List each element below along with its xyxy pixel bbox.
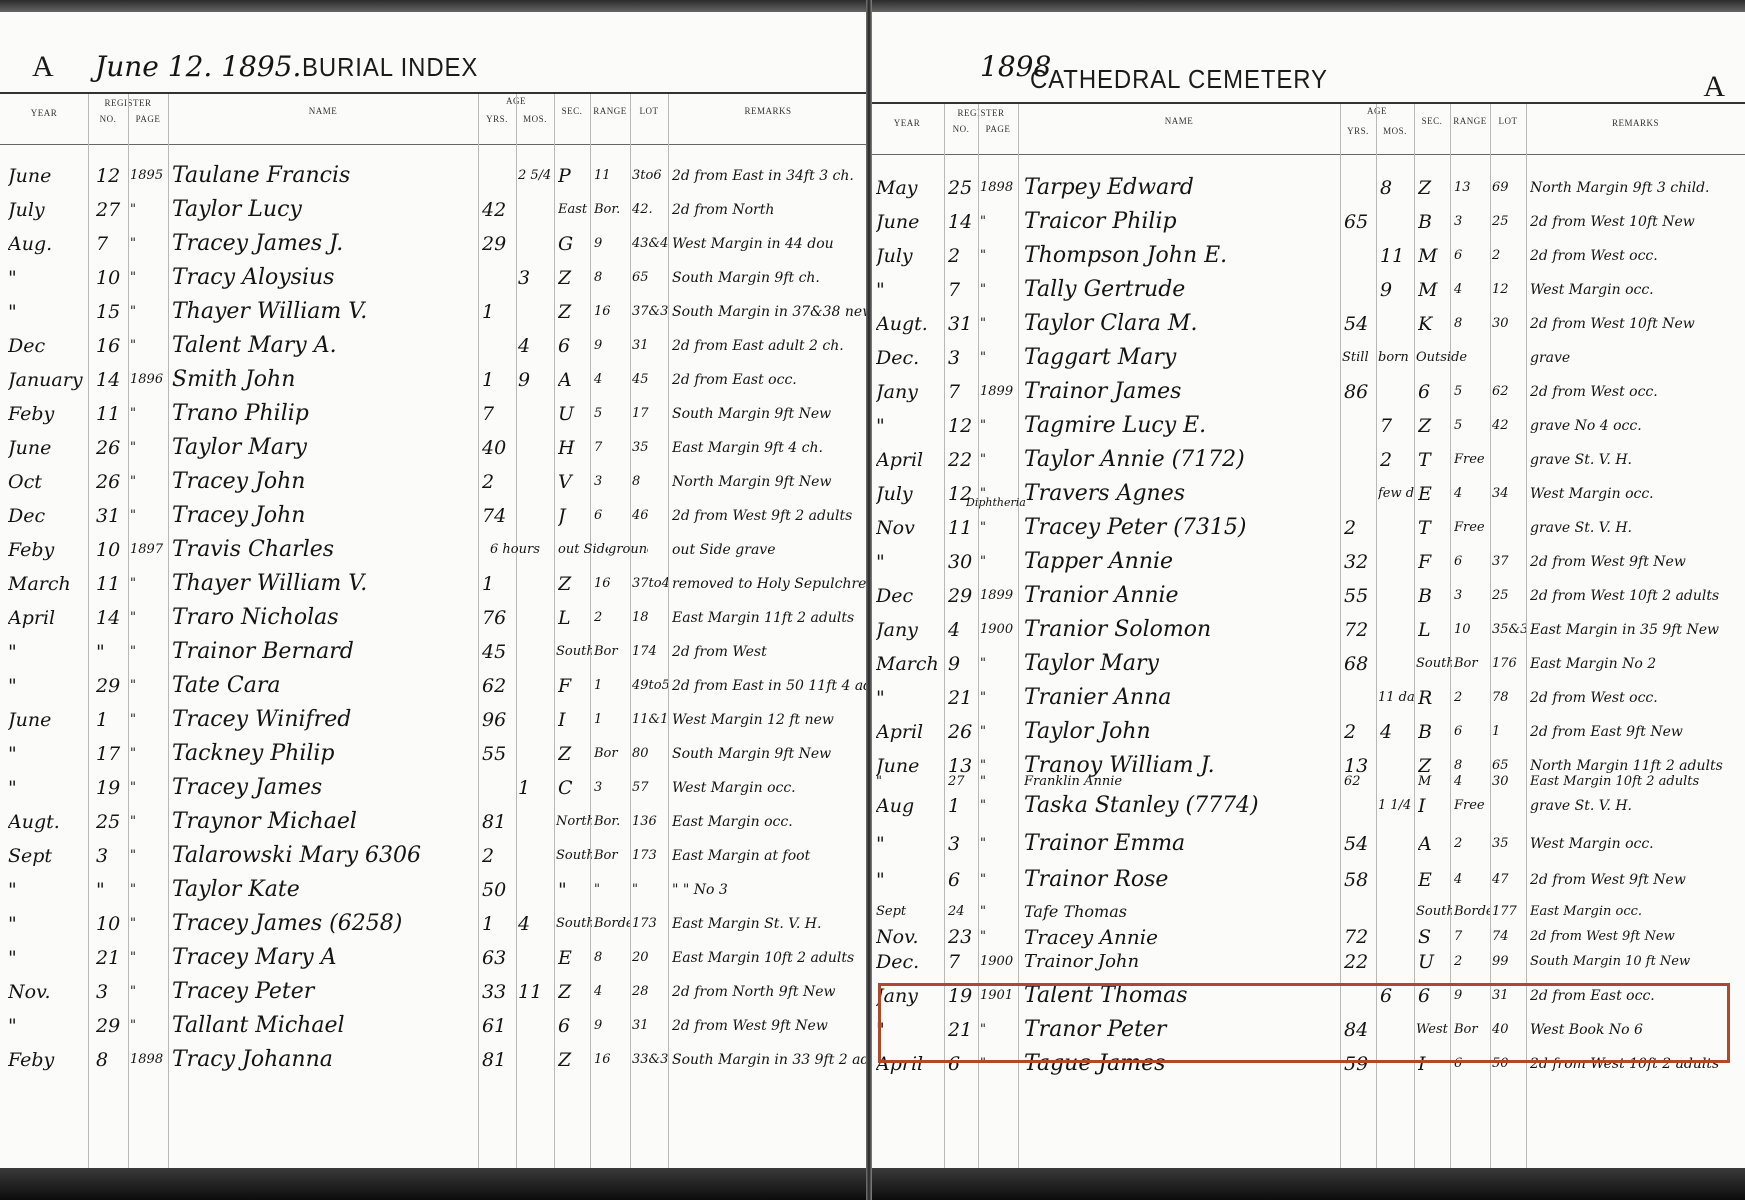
cell-month: Dec (876, 580, 944, 612)
table-row-highlighted: Dec. 7 1900 Trainor John 22 U 2 99 South… (870, 950, 1745, 974)
cell-name: Tackney Philip (172, 738, 478, 770)
cell-day: 3 (96, 840, 126, 872)
cell-day: 10 (96, 534, 126, 566)
cell-mos: 4 (518, 330, 554, 362)
cell-range: 6 (594, 500, 630, 532)
cell-sec: East (558, 194, 590, 226)
cell-sec: South (556, 908, 592, 940)
cell-day: 6 (948, 864, 978, 896)
cell-sec: 6 (558, 330, 590, 362)
cell-yrs: 54 (1344, 308, 1376, 340)
cell-range: Free (1454, 444, 1490, 476)
cell-year: 1896 (130, 364, 168, 396)
cell-day: 19 (96, 772, 126, 804)
cell-yrs: 1 (482, 364, 516, 396)
table-row: April 26 " Taylor John 2 4 B 6 1 2d from… (870, 716, 1745, 748)
cell-yrs: 55 (482, 738, 516, 770)
cell-remarks: 2d from West (672, 636, 868, 668)
cell-note: Diphtheria (966, 496, 1026, 510)
cell-name: Trainor Bernard (172, 636, 478, 668)
cell-lot: 173 (632, 908, 668, 940)
cell-lot: 33&34 (632, 1044, 668, 1076)
cell-sec: South (1416, 648, 1452, 680)
cell-day: 15 (96, 296, 126, 328)
cell-month: June (8, 432, 88, 464)
cell-lot: 136 (632, 806, 668, 838)
cell-year: " (130, 432, 168, 464)
table-row: Dec 16 " Talent Mary A. 4 6 9 31 2d from… (0, 330, 868, 362)
cell-range: 16 (594, 568, 630, 600)
cell-day: 17 (96, 738, 126, 770)
cell-name: Tranior Solomon (1024, 614, 1340, 646)
cell-remarks: removed to Holy Sepulchre (672, 568, 868, 600)
cell-yrs: 63 (482, 942, 516, 974)
cell-sec: South (556, 636, 592, 668)
cell-mos: 8 (1380, 172, 1414, 204)
cell-range: 11 (594, 160, 630, 192)
cell-month: Jany (876, 376, 944, 408)
cell-range: Bor (594, 636, 630, 668)
cell-name: Taylor Lucy (172, 194, 478, 226)
cell-year: " (130, 1010, 168, 1042)
table-row: " 29 " Tate Cara 62 F 1 49to50 2d from E… (0, 670, 868, 702)
cell-mos: 1 (518, 772, 554, 804)
cell-day: 25 (948, 172, 978, 204)
cell-lot: 69 (1492, 172, 1526, 204)
cell-sec: T (1418, 444, 1450, 476)
cell-year: " (980, 342, 1018, 374)
cell-remarks: West Margin occ. (1530, 478, 1745, 510)
cell-yrs: 22 (1344, 950, 1376, 974)
cell-range: 4 (1454, 864, 1490, 896)
cell-lot: 177 (1492, 900, 1526, 924)
cell-remarks: East Margin St. V. H. (672, 908, 868, 940)
cell-lot: 47 (1492, 864, 1526, 896)
table-row: " 3 " Trainor Emma 54 A 2 35 West Margin… (870, 828, 1745, 860)
cell-sec: Z (558, 976, 590, 1008)
cell-day: 7 (948, 274, 978, 306)
cell-name: Tarpey Edward (1024, 172, 1340, 204)
cell-year: " (130, 296, 168, 328)
cell-lot: 80 (632, 738, 668, 770)
cell-month: Oct (8, 466, 88, 498)
cell-sec: B (1418, 580, 1450, 612)
cell-lot: 31 (632, 330, 668, 362)
table-row: Jany 7 1899 Trainor James 86 6 5 62 2d f… (870, 376, 1745, 408)
cell-sec: 6 (558, 1010, 590, 1042)
cell-sec: H (558, 432, 590, 464)
cell-sec: R (1418, 682, 1450, 714)
cell-year: " (980, 864, 1018, 896)
cell-day: 31 (96, 500, 126, 532)
cell-year: " (980, 716, 1018, 748)
handwritten-date: June 12. 1895. (95, 50, 301, 83)
cell-month: Dec. (876, 342, 944, 374)
table-row: " 27 " Franklin Annie 62 M 4 30 East Mar… (870, 772, 1745, 792)
cell-remarks: 2d from East in 50 11ft 4 adults (672, 670, 868, 702)
cell-yrs: 62 (482, 670, 516, 702)
cell-day: 21 (948, 682, 978, 714)
cell-yrs: 42 (482, 194, 516, 226)
cell-name: Taggart Mary (1024, 342, 1340, 374)
cell-month: " (876, 864, 944, 896)
cell-sec: M (1418, 240, 1450, 272)
cell-month: June (876, 206, 944, 238)
cell-month: Sept (876, 900, 944, 924)
cell-mos: few days (1378, 478, 1414, 510)
cell-lot: 12 (1492, 274, 1526, 306)
cell-lot: 8 (632, 466, 668, 498)
cell-month: April (8, 602, 88, 634)
cell-yrs: 62 (1344, 772, 1376, 792)
cell-name: Tracey John (172, 466, 478, 498)
cell-yrs: 2 (1344, 716, 1376, 748)
cell-range: 6 (1454, 716, 1490, 748)
cell-name: Tracey Annie (1024, 924, 1340, 950)
cell-month: " (8, 738, 88, 770)
cell-lot: 18 (632, 602, 668, 634)
cell-sec: A (1418, 828, 1450, 860)
cell-month: Augt. (876, 308, 944, 340)
cell-range: 2 (1454, 950, 1490, 974)
cell-remarks: out Side grave (672, 534, 868, 566)
left-title-row: A June 12. 1895. BURIAL INDEX (0, 32, 868, 92)
cell-yrs: 40 (482, 432, 516, 464)
cell-lot: 37to40 (632, 568, 668, 600)
cell-yrs: 2 (1344, 512, 1376, 544)
cell-name: Talarowski Mary 6306 (172, 840, 478, 872)
cell-year: " (130, 228, 168, 260)
cell-sec: A (558, 364, 590, 396)
cell-name: Taylor Mary (1024, 648, 1340, 680)
section-letter: A (32, 50, 54, 84)
cell-yrs: 2 (482, 466, 516, 498)
cell-lot: 11&12 (632, 704, 668, 736)
cell-day: 23 (948, 924, 978, 950)
cell-mos: 6 hours (490, 534, 554, 566)
cell-mos: 1 1/4 (1378, 790, 1414, 822)
cell-range: 6 (1454, 546, 1490, 578)
cell-month: Nov (876, 512, 944, 544)
table-row: Aug 1 " Taska Stanley (7774) 1 1/4 I Fre… (870, 790, 1745, 822)
cell-lot: 99 (1492, 950, 1526, 974)
cell-month: March (876, 648, 944, 680)
cell-name: Talent Mary A. (172, 330, 478, 362)
cell-year: " (980, 240, 1018, 272)
cell-month: Feby (8, 534, 88, 566)
cell-yrs: 29 (482, 228, 516, 260)
cell-remarks: 2d from West 10ft 2 adults (1530, 580, 1745, 612)
cell-remarks: West Margin 12 ft new (672, 704, 868, 736)
cell-yrs: 7 (482, 398, 516, 430)
cell-remarks: 2d from West occ. (1530, 240, 1745, 272)
cell-lot: 17 (632, 398, 668, 430)
cell-range: 7 (594, 432, 630, 464)
cell-year: " (980, 410, 1018, 442)
cell-month: Nov. (8, 976, 88, 1008)
cell-mos: 3 (518, 262, 554, 294)
cell-year: " (980, 308, 1018, 340)
cell-month: Sept (8, 840, 88, 872)
cell-day: 27 (96, 194, 126, 226)
cell-year: " (980, 206, 1018, 238)
cell-yrs: 76 (482, 602, 516, 634)
cell-yrs: 1 (482, 568, 516, 600)
cell-remarks: 2d from West 9ft New (672, 1010, 868, 1042)
cell-month: " (876, 682, 944, 714)
cell-range: 3 (594, 772, 630, 804)
cell-year: " (980, 648, 1018, 680)
table-row: March 9 " Taylor Mary 68 South Bor 176 E… (870, 648, 1745, 680)
cell-day: 31 (948, 308, 978, 340)
cell-name: Tracey Mary A (172, 942, 478, 974)
cell-month: " (8, 262, 88, 294)
cell-month: Feby (8, 1044, 88, 1076)
cell-month: June (8, 704, 88, 736)
cell-range: Bor (1454, 648, 1490, 680)
cell-name: Thompson John E. (1024, 240, 1340, 272)
cell-sec: out Side (558, 534, 608, 566)
cell-day: 27 (948, 772, 978, 792)
cell-sec: P (558, 160, 590, 192)
cell-remarks: 2d from West occ. (1530, 682, 1745, 714)
cell-month: " (8, 908, 88, 940)
cell-year: " (130, 568, 168, 600)
cell-range: 4 (594, 364, 630, 396)
cell-range: 3 (594, 466, 630, 498)
table-row: " " " Taylor Kate 50 " " " " " No 3 (0, 874, 868, 906)
cell-year: " (130, 976, 168, 1008)
cell-day: 9 (948, 648, 978, 680)
cell-day: 11 (948, 512, 978, 544)
table-row: Aug. 7 " Tracey James J. 29 G 9 43&44 We… (0, 228, 868, 260)
cell-remarks: 2d from East adult 2 ch. (672, 330, 868, 362)
cell-year: " (130, 466, 168, 498)
cell-day: 30 (948, 546, 978, 578)
cell-day: 2 (948, 240, 978, 272)
cell-year: 1899 (980, 580, 1018, 612)
table-row: Feby 10 1897 Travis Charles 6 hours out … (0, 534, 868, 566)
table-row: " 29 " Tallant Michael 61 6 9 31 2d from… (0, 1010, 868, 1042)
cell-sec: K (1418, 308, 1450, 340)
cell-lot: 42. (632, 194, 668, 226)
cell-mos: 11 (518, 976, 554, 1008)
cell-mos: 9 (518, 364, 554, 396)
cell-year: " (980, 924, 1018, 950)
table-row: June 12 1895 Taulane Francis 2 5/4 P 11 … (0, 160, 868, 192)
cell-day: 3 (948, 342, 978, 374)
cell-month: April (876, 716, 944, 748)
cell-day: 24 (948, 900, 978, 924)
cell-name: Traro Nicholas (172, 602, 478, 634)
cell-year: 1899 (980, 376, 1018, 408)
cell-sec: Outside (1416, 342, 1486, 374)
cell-remarks: East Margin at foot (672, 840, 868, 872)
cell-mos: 2 (1380, 444, 1414, 476)
cell-month: " (8, 772, 88, 804)
cell-year: " (130, 330, 168, 362)
cell-remarks: 2d from West occ. (1530, 376, 1745, 408)
cell-month: March (8, 568, 88, 600)
cell-remarks: grave St. V. H. (1530, 790, 1745, 822)
cell-sec: 6 (1418, 376, 1450, 408)
cell-remarks: West Margin occ. (1530, 274, 1745, 306)
cell-remarks: 2d from East 9ft New (1530, 716, 1745, 748)
cell-remarks: grave St. V. H. (1530, 512, 1745, 544)
cell-range: 8 (594, 942, 630, 974)
cell-range: 1 (594, 670, 630, 702)
cell-name: Tagmire Lucy E. (1024, 410, 1340, 442)
cell-month: " (876, 828, 944, 860)
cell-year: " (130, 500, 168, 532)
table-row: March 11 " Thayer William V. 1 Z 16 37to… (0, 568, 868, 600)
cell-name: Thayer William V. (172, 296, 478, 328)
cell-lot: 35 (1492, 828, 1526, 860)
cell-year: " (980, 546, 1018, 578)
cell-day: 22 (948, 444, 978, 476)
cell-lot: 3to6 (632, 160, 668, 192)
table-row: " 7 " Tally Gertrude 9 M 4 12 West Margi… (870, 274, 1745, 306)
cell-day: 29 (96, 1010, 126, 1042)
cell-day: " (96, 874, 126, 906)
cell-remarks: East Margin 11ft 2 adults (672, 602, 868, 634)
cell-year: " (130, 636, 168, 668)
cell-lot: 25 (1492, 580, 1526, 612)
cell-month: " (8, 942, 88, 974)
cell-month: " (876, 410, 944, 442)
cell-name: Tafe Thomas (1024, 900, 1340, 924)
cell-day: 8 (96, 1044, 126, 1076)
cell-sec: E (1418, 478, 1450, 510)
table-row-highlighted: Sept 24 " Tafe Thomas South Border 177 E… (870, 900, 1745, 924)
book-spine (866, 0, 872, 1200)
cell-year: " (130, 262, 168, 294)
cell-sec: G (558, 228, 590, 260)
cell-sec: L (558, 602, 590, 634)
cell-lot: 57 (632, 772, 668, 804)
cell-name: Taylor Annie (7172) (1024, 444, 1340, 476)
cell-year: " (980, 444, 1018, 476)
cell-month: Dec (8, 500, 88, 532)
table-row: July 2 " Thompson John E. 11 M 6 2 2d fr… (870, 240, 1745, 272)
cell-range: 10 (1454, 614, 1490, 646)
cell-day: 10 (96, 262, 126, 294)
cell-year: " (980, 790, 1018, 822)
cell-lot: 35&36 (1492, 614, 1526, 646)
cell-month: Feby (8, 398, 88, 430)
table-row: June 26 " Taylor Mary 40 H 7 35 East Mar… (0, 432, 868, 464)
cell-yrs: 32 (1344, 546, 1376, 578)
cell-name: Tracey John (172, 500, 478, 532)
cell-range: 16 (594, 296, 630, 328)
cell-sec: Z (558, 296, 590, 328)
table-row: " 10 " Tracy Aloysius 3 Z 8 65 South Mar… (0, 262, 868, 294)
cell-lot: 1 (1492, 716, 1526, 748)
cell-remarks: 2d from West 9ft New (1530, 864, 1745, 896)
page-title: BURIAL INDEX (302, 52, 478, 83)
cell-remarks: East Margin 9ft 4 ch. (672, 432, 868, 464)
cell-remarks: South Margin in 33 9ft 2 adults (672, 1044, 868, 1076)
table-row: May 25 1898 Tarpey Edward 8 Z 13 69 Nort… (870, 172, 1745, 204)
cell-range: 2 (1454, 682, 1490, 714)
cell-range: 1 (594, 704, 630, 736)
cell-name: Franklin Annie (1024, 772, 1340, 792)
cell-day: 7 (948, 376, 978, 408)
cell-sec: North (556, 806, 592, 838)
cell-yrs: 68 (1344, 648, 1376, 680)
cell-mos: born (1378, 342, 1414, 374)
cell-month: Dec (8, 330, 88, 362)
cell-year: " (130, 908, 168, 940)
cell-remarks: grave St. V. H. (1530, 444, 1745, 476)
cell-lot: " (632, 874, 668, 906)
cell-name: Tallant Michael (172, 1010, 478, 1042)
cell-remarks: South Margin 10 ft New (1530, 950, 1730, 974)
cell-yrs: 65 (1344, 206, 1376, 238)
cell-range: 4 (1454, 478, 1490, 510)
cell-month: " (876, 274, 944, 306)
cell-range: Free (1454, 512, 1490, 544)
cell-year: " (980, 900, 1018, 924)
cell-range: 8 (1454, 308, 1490, 340)
cell-remarks: South Margin 9ft New (672, 738, 868, 770)
cell-yrs: Still (1342, 342, 1376, 374)
cell-month: " (876, 546, 944, 578)
cell-sec: F (558, 670, 590, 702)
cell-name: Trano Philip (172, 398, 478, 430)
table-row: April 22 " Taylor Annie (7172) 2 T Free … (870, 444, 1745, 476)
cell-lot: 28 (632, 976, 668, 1008)
cell-sec: Z (558, 1044, 590, 1076)
table-row: June 14 " Traicor Philip 65 B 3 25 2d fr… (870, 206, 1745, 238)
cell-remarks: East Margin in 35 9ft New (1530, 614, 1745, 646)
cell-sec: E (1418, 864, 1450, 896)
cell-year: " (980, 274, 1018, 306)
cell-remarks: West Margin occ. (1530, 828, 1745, 860)
cell-name: Tracy Johanna (172, 1044, 478, 1076)
cell-yrs: 72 (1344, 924, 1376, 950)
cell-year: " (130, 942, 168, 974)
cell-range: 9 (594, 330, 630, 362)
cell-name: Tracey Peter (7315) (1024, 512, 1340, 544)
table-row: Feby 8 1898 Tracy Johanna 81 Z 16 33&34 … (0, 1044, 868, 1076)
book-edge-bottom (0, 1168, 1745, 1200)
cell-range: Free (1454, 790, 1490, 822)
cell-lot: 62 (1492, 376, 1526, 408)
cell-remarks: " " No 3 (672, 874, 868, 906)
cell-sec: V (558, 466, 590, 498)
cell-range: 3 (1454, 206, 1490, 238)
cell-yrs: 50 (482, 874, 516, 906)
cell-lot: 173 (632, 840, 668, 872)
highlight-selection-box[interactable] (878, 983, 1730, 1063)
table-row: Nov 11 " Diphtheria Tracey Peter (7315) … (870, 512, 1745, 544)
cell-name: Trainor Emma (1024, 828, 1340, 860)
cell-sec: South (1416, 900, 1452, 924)
cell-name: Tracey James (6258) (172, 908, 478, 940)
cell-name: Taska Stanley (7774) (1024, 790, 1340, 822)
cell-day: 14 (948, 206, 978, 238)
cell-year: 1897 (130, 534, 168, 566)
table-row: Augt. 25 " Traynor Michael 81 North Bor.… (0, 806, 868, 838)
cell-day: 10 (96, 908, 126, 940)
cell-month: July (8, 194, 88, 226)
table-row: Dec. 3 " Taggart Mary Still born Outside… (870, 342, 1745, 374)
cell-lot: 30 (1492, 772, 1526, 792)
cell-yrs: 61 (482, 1010, 516, 1042)
cell-yrs: 2 (482, 840, 516, 872)
cell-remarks: North Margin 9ft New (672, 466, 868, 498)
